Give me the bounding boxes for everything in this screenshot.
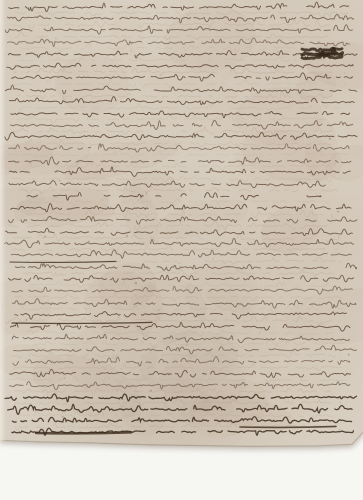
- scanned-letter-image: [0, 0, 363, 500]
- handwriting-layer: [0, 0, 363, 448]
- manuscript-page: [0, 0, 363, 448]
- paper-shadow: [0, 0, 363, 500]
